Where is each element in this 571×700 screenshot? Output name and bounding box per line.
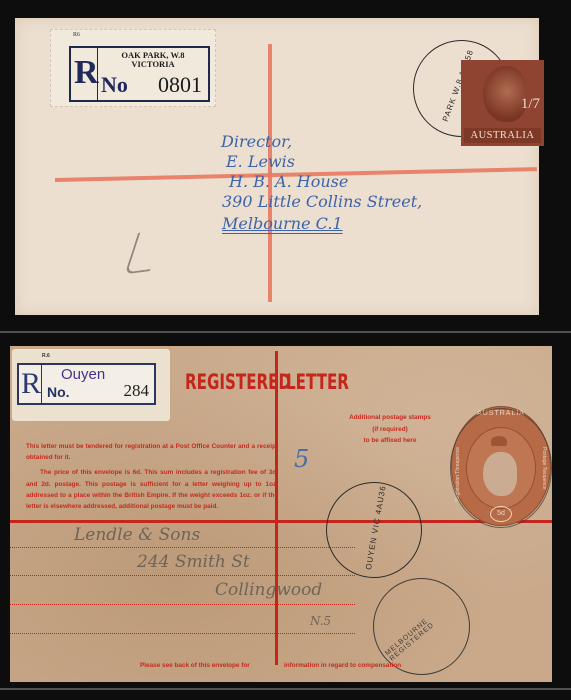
note-line: (if required) (310, 424, 470, 436)
compensation-note: Please see back of this envelope for inf… (140, 662, 250, 669)
postmark-text: MELBOURNE REGISTERED (384, 593, 463, 662)
registered-envelope-1936: R.6 R Ouyen No. 284 REGISTERED LETTER Th… (10, 346, 552, 682)
additional-postage-note: Additional postage stamps (if required) … (310, 412, 470, 447)
red-cross-vertical (275, 351, 278, 665)
number-prefix: No. (47, 384, 70, 400)
handwritten-number: 5 (294, 445, 309, 473)
melbourne-postmark: MELBOURNE REGISTERED (373, 578, 470, 675)
red-cross-horizontal (10, 520, 552, 523)
r-letter: R (21, 367, 41, 401)
registration-label-box: R OAK PARK, W.8 VICTORIA No 0801 (69, 46, 210, 102)
address-line: 390 Little Collins Street, (222, 192, 422, 211)
number-prefix: No (101, 72, 128, 98)
note-line: to be affixed here (310, 435, 470, 447)
post-office-name: Ouyen (61, 366, 105, 383)
album-sleeve-edge (0, 331, 571, 333)
address-line: Melbourne C.1 (222, 214, 343, 233)
queen-portrait-icon (483, 66, 527, 122)
note-left: Please see back of this envelope for (140, 662, 250, 669)
album-sleeve-edge (0, 688, 571, 690)
note-right: information in regard to compensation (284, 662, 401, 669)
ouyen-postmark: OUYEN VIC 4AU36 (326, 482, 422, 578)
registration-label-box: R Ouyen No. 284 (17, 363, 156, 405)
address-dotted-line (10, 547, 355, 548)
address-line: Lendle & Sons (74, 525, 200, 545)
registered-envelope-1953: R6 R OAK PARK, W.8 VICTORIA No 0801 PARK… (15, 18, 539, 315)
r-letter: R (74, 54, 99, 92)
office-state: VICTORIA (99, 60, 207, 69)
postmark-text: OUYEN VIC 4AU36 (364, 485, 388, 571)
r-cell: R (71, 48, 98, 100)
note-line: Additional postage stamps (310, 412, 470, 424)
form-code: R6 (73, 32, 80, 38)
instructions-paragraph-2: The price of this envelope is 6d. This s… (26, 467, 278, 512)
address-line: 244 Smith St (137, 552, 250, 572)
address-line: Director, (221, 132, 292, 151)
stamp-cancel-mark (450, 408, 552, 528)
address-line: N.5 (310, 614, 331, 628)
registration-label: R6 R OAK PARK, W.8 VICTORIA No 0801 (50, 29, 216, 107)
address-line: H. B. A. House (229, 172, 348, 191)
registration-label: R.6 R Ouyen No. 284 (12, 349, 170, 421)
address-dotted-line (10, 604, 355, 605)
address-line: E. Lewis (226, 152, 295, 171)
address-line: Collingwood (215, 580, 322, 600)
check-mark-icon (125, 230, 164, 275)
registration-number: 284 (124, 381, 150, 401)
queen-elizabeth-stamp: 1/7 AUSTRALIA (461, 60, 544, 146)
instructions-text: This letter must be tendered for registr… (26, 441, 278, 512)
address-dotted-line (10, 575, 355, 576)
instructions-paragraph-1: This letter must be tendered for registr… (26, 443, 278, 461)
post-office-name: OAK PARK, W.8 VICTORIA (99, 51, 207, 69)
stamp-country: AUSTRALIA (464, 128, 541, 143)
stamp-value: 1/7 (521, 96, 540, 113)
address-dotted-line (10, 633, 355, 634)
form-code: R.6 (42, 353, 50, 359)
registration-number: 0801 (158, 72, 202, 98)
title-letter: LETTER (286, 370, 349, 394)
r-cell: R (19, 365, 42, 403)
